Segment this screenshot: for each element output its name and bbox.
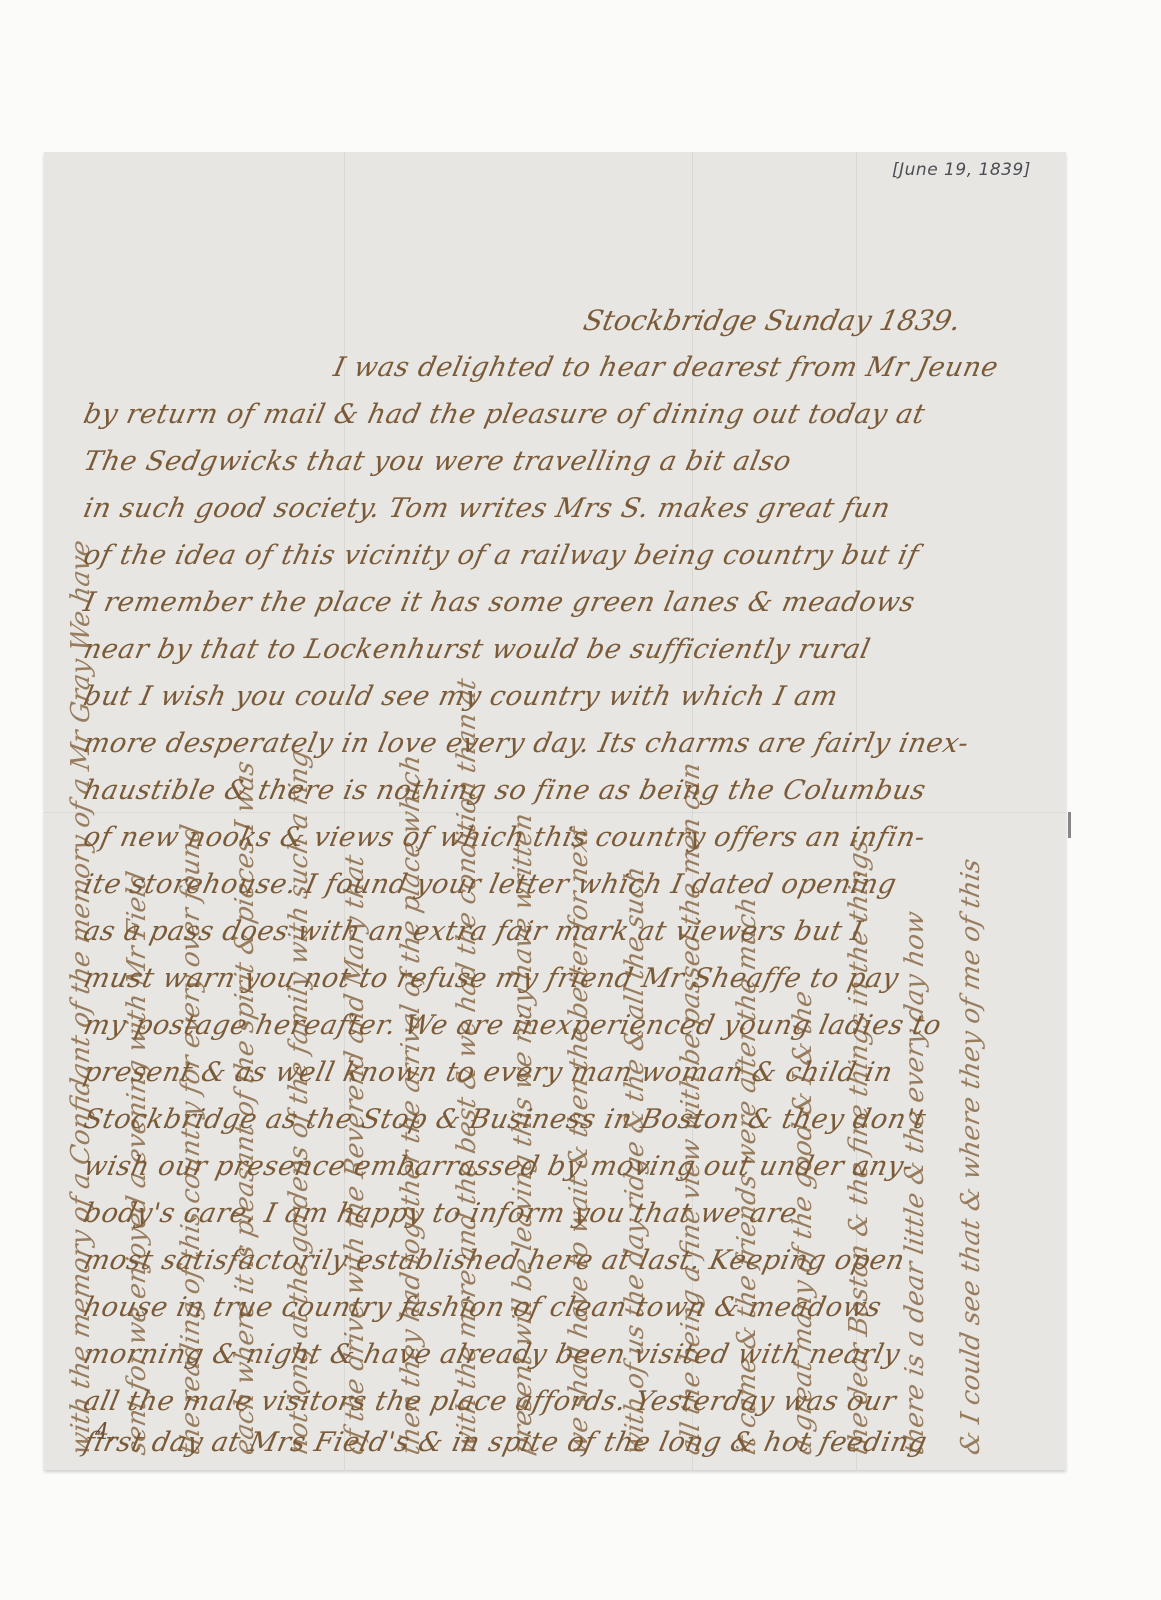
- text-line: house in true country fashion of clean t…: [81, 1292, 885, 1323]
- text-line: must warn you not to refuse my friend Mr…: [81, 963, 902, 994]
- letter-heading: Stockbridge Sunday 1839.: [580, 304, 963, 337]
- text-line: I remember the place it has some green l…: [81, 587, 918, 618]
- text-line: my postage hereafter. We are inexperienc…: [81, 1010, 945, 1041]
- page-number: 4,: [95, 1420, 116, 1445]
- text-line: haustible & there is nothing so fine as …: [81, 775, 929, 806]
- text-line: ite storehouse. I found your letter whic…: [81, 869, 900, 900]
- text-line: morning & night & have already been visi…: [81, 1339, 903, 1370]
- cross-column: there is a dear little & the every day h…: [900, 909, 930, 1457]
- text-line: The Sedgwicks that you were travelling a…: [81, 446, 795, 477]
- text-line: most satisfactorily established here at …: [81, 1245, 908, 1276]
- text-line: of new nooks & views of which this count…: [81, 822, 929, 853]
- text-line: in such good society. Tom writes Mrs S. …: [81, 493, 894, 524]
- text-line: of the idea of this vicinity of a railwa…: [81, 540, 922, 571]
- text-line: more desperately in love every day. Its …: [81, 728, 972, 759]
- text-line: but I wish you could see my country with…: [81, 681, 841, 712]
- text-line: all the male visitors the place affords.…: [81, 1386, 899, 1417]
- text-line: by return of mail & had the pleasure of …: [81, 399, 928, 430]
- text-line: Stockbridge as the Stop & Business in Bo…: [81, 1104, 929, 1135]
- text-line: I was delighted to hear dearest from Mr …: [331, 352, 1002, 383]
- text-line: as a pass does with an extra fair mark a…: [81, 916, 866, 947]
- cross-column: & I could see that & where they of me of…: [956, 856, 986, 1457]
- scan-edge-mark: [1068, 812, 1071, 838]
- text-line: body's care. I am happy to inform you th…: [81, 1198, 801, 1229]
- text-line: present & as well known to every man wom…: [81, 1057, 896, 1088]
- text-line: near by that to Lockenhurst would be suf…: [81, 634, 873, 665]
- text-line: first day at Mrs Field's & in spite of t…: [81, 1427, 930, 1458]
- letter-page: [June 19, 1839] with the memory of a Con…: [44, 152, 1066, 1470]
- text-line: wish our presence embarrassed by moving …: [81, 1151, 917, 1182]
